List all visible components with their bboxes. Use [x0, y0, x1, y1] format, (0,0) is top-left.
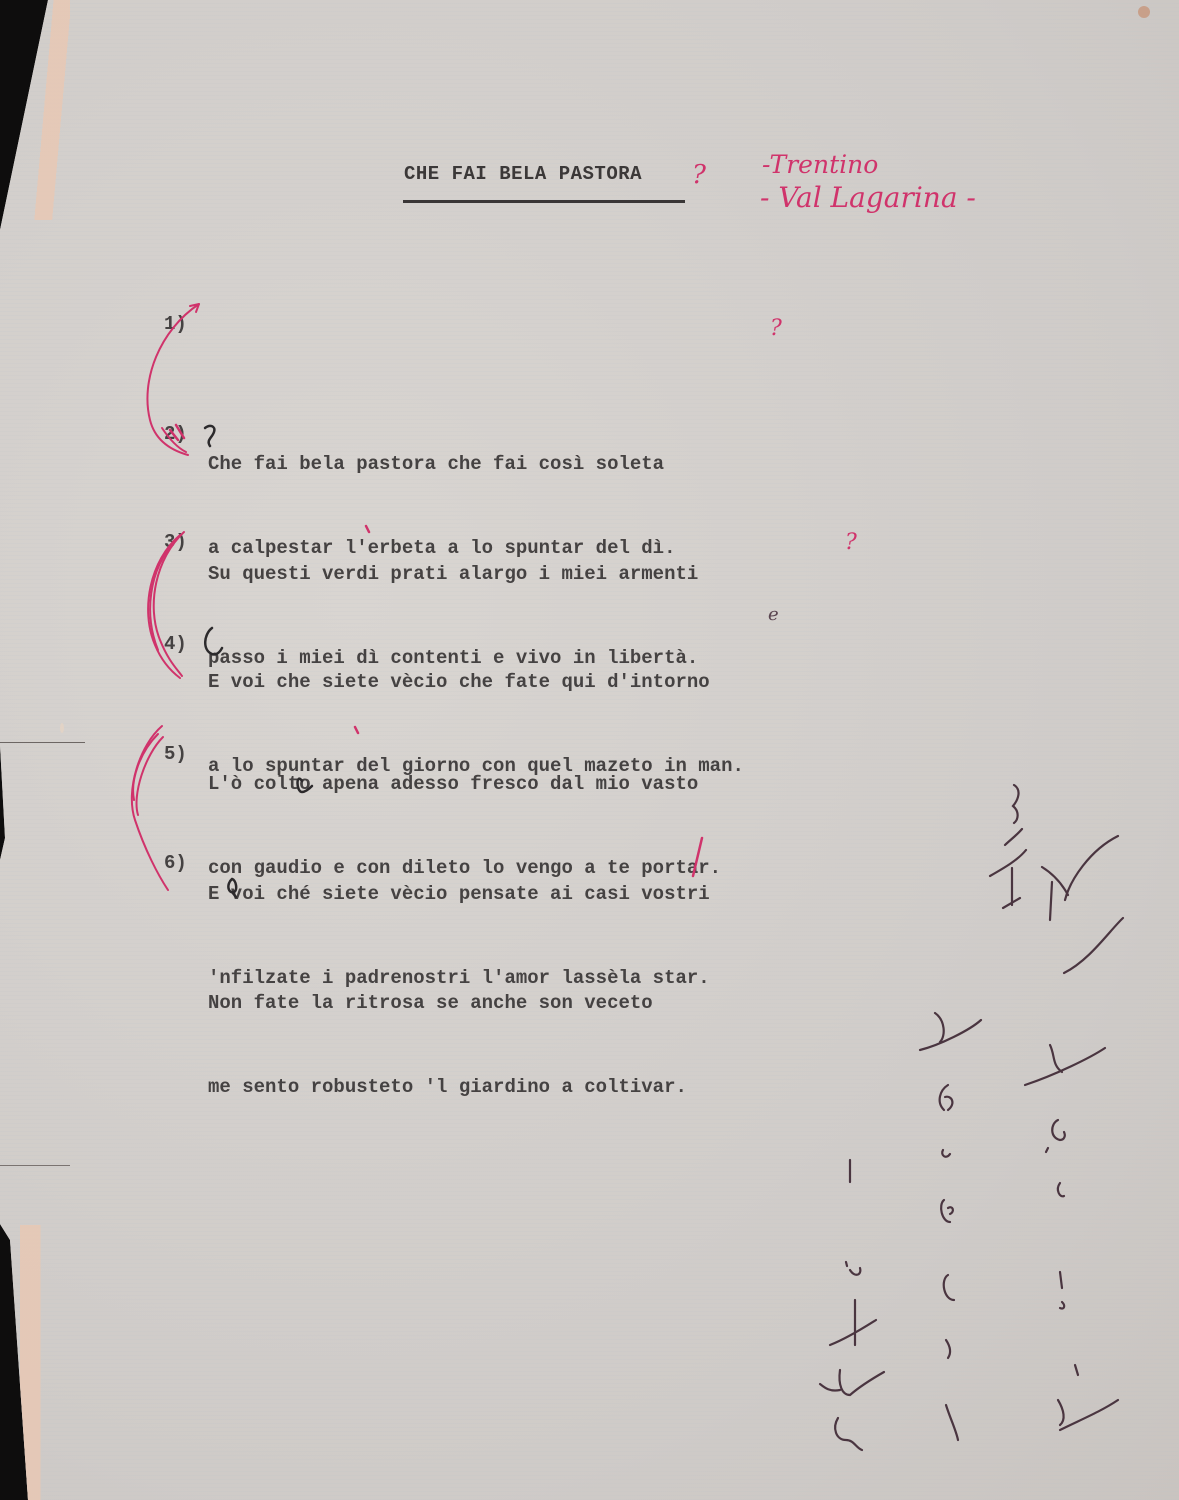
stanza-line: me sento robusteto 'l giardino a coltiva… — [208, 1073, 687, 1101]
question-mark-annotation: ? — [845, 530, 857, 555]
paper-stain — [1138, 6, 1150, 18]
margin-scribbles — [820, 785, 1123, 1450]
stanza-number: 4) — [164, 630, 187, 658]
stanza-line: Non fate la ritrosa se anche son veceto — [208, 989, 687, 1017]
question-mark-annotation: ? — [692, 160, 706, 190]
paper-tear-line — [0, 742, 85, 743]
paper-edge-discoloration — [0, 1225, 45, 1500]
stanza-number: 6) — [164, 849, 187, 877]
region-annotation-line1: -Trentino — [762, 150, 878, 179]
region-annotation-line2: - Val Lagarina - — [760, 181, 976, 214]
stanza-number: 1) — [164, 310, 187, 338]
paper-tear-line — [0, 1165, 70, 1166]
stanza-6: 6) Non fate la ritrosa se anche son vece… — [164, 849, 687, 1213]
stanza-number: 5) — [164, 740, 187, 768]
stanza-number: 3) — [164, 528, 187, 556]
document-page: CHE FAI BELA PASTORA ? -Trentino - Val L… — [0, 0, 1179, 1500]
stanza-number: 2) — [164, 420, 187, 448]
question-mark-annotation: ? — [770, 316, 782, 341]
paper-edge-discoloration — [0, 0, 70, 220]
paper-stain — [60, 723, 64, 733]
document-title: CHE FAI BELA PASTORA — [404, 163, 642, 185]
title-underline — [403, 200, 685, 203]
correction-annotation: e — [768, 604, 779, 625]
bracket-stanza-5-6 — [132, 726, 168, 890]
